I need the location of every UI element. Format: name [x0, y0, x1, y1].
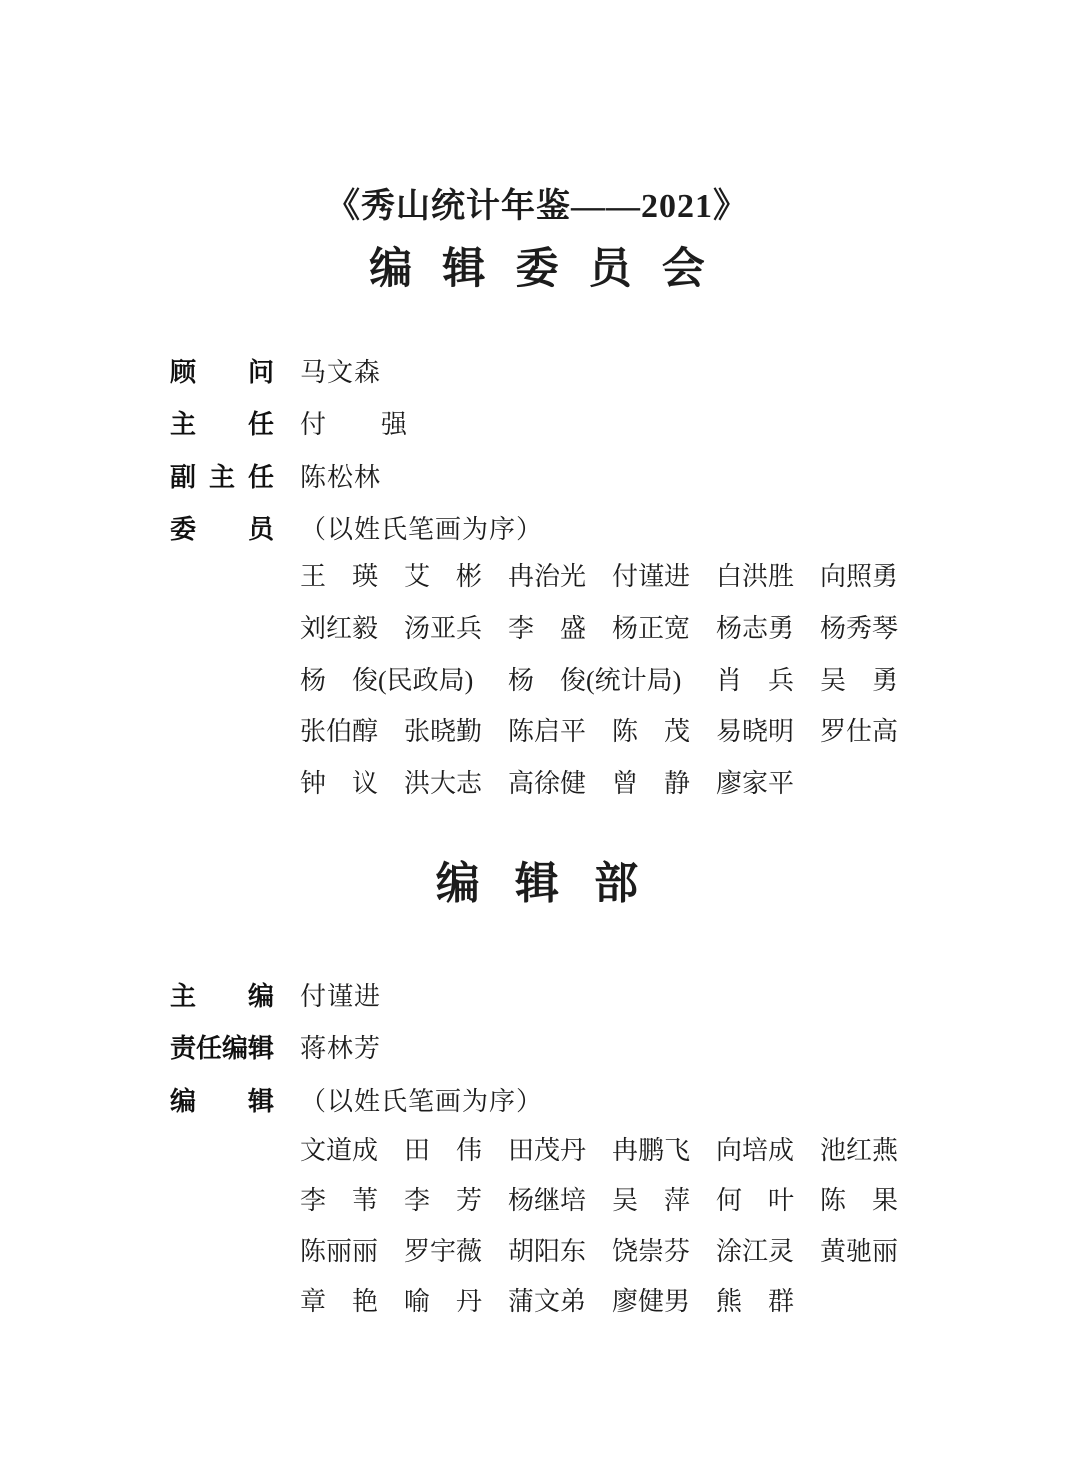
names-row: 章 艳喻 丹蒲文弟廖健男熊 群	[300, 1275, 898, 1326]
role-row: 编辑（以姓氏笔画为序）	[170, 1073, 543, 1126]
role-label-char: 顾	[170, 352, 196, 389]
role-row: 副主任陈松林	[170, 449, 543, 502]
role-label-char: 主	[209, 457, 235, 494]
role-label: 责任编辑	[170, 1028, 274, 1065]
member-name: 易晓明	[716, 711, 794, 748]
role-label-char: 编	[222, 1028, 248, 1065]
role-value: （以姓氏笔画为序）	[300, 1081, 543, 1118]
committee-members-grid: 王 瑛艾 彬冉治光付谨进白洪胜向照勇刘红毅汤亚兵李 盛杨正宽杨志勇杨秀琴杨 俊(…	[300, 549, 898, 807]
role-value: 蒋林芳	[300, 1028, 381, 1065]
names-row: 张伯醇张晓勤陈启平陈 茂易晓明罗仕高	[300, 704, 898, 756]
member-name: 冉治光	[508, 556, 586, 593]
member-name: 张伯醇	[300, 711, 378, 748]
member-name: 罗仕高	[820, 711, 898, 748]
member-name: 何 叶	[716, 1180, 794, 1217]
role-label-char: 问	[248, 352, 274, 389]
role-label-char: 辑	[248, 1081, 274, 1118]
page-title: 《秀山统计年鉴——2021》	[0, 186, 1074, 229]
member-name: 汤亚兵	[404, 608, 482, 645]
names-row: 杨 俊(民政局)杨 俊(统计局)肖 兵吴 勇	[300, 652, 898, 704]
names-row: 李 苇李 芳杨继培吴 萍何 叶陈 果	[300, 1174, 898, 1225]
role-label: 编辑	[170, 1081, 274, 1118]
member-name: 陈丽丽	[300, 1231, 378, 1268]
editorial-roles-list: 主编付谨进责任编辑蒋林芳编辑（以姓氏笔画为序）	[170, 968, 543, 1126]
role-value: （以姓氏笔画为序）	[300, 509, 543, 546]
names-row: 王 瑛艾 彬冉治光付谨进白洪胜向照勇	[300, 549, 898, 601]
role-value: 陈松林	[300, 457, 381, 494]
role-label: 主任	[170, 404, 274, 441]
role-row: 主任付 强	[170, 397, 543, 450]
role-label-char: 任	[196, 1028, 222, 1065]
member-name: 钟 议	[300, 763, 378, 800]
member-name: 张晓勤	[404, 711, 482, 748]
member-name: 白洪胜	[716, 556, 794, 593]
member-name: 涂江灵	[716, 1231, 794, 1268]
member-name: 熊 群	[716, 1281, 794, 1318]
member-name: 李 苇	[300, 1180, 378, 1217]
committee-roles-list: 顾问马文森主任付 强副主任陈松林委员（以姓氏笔画为序）	[170, 344, 543, 554]
member-name: 向培成	[716, 1130, 794, 1167]
role-label-char: 编	[248, 976, 274, 1013]
role-row: 顾问马文森	[170, 344, 543, 397]
member-name: 胡阳东	[508, 1231, 586, 1268]
member-name: 杨志勇	[716, 608, 794, 645]
member-name: 陈 茂	[612, 711, 690, 748]
member-name: 向照勇	[820, 556, 898, 593]
member-name: 洪大志	[404, 763, 482, 800]
member-name: 曾 静	[612, 763, 690, 800]
member-name: 李 盛	[508, 608, 586, 645]
member-name: 杨正宽	[612, 608, 690, 645]
role-label: 委员	[170, 509, 274, 546]
role-value: 马文森	[300, 352, 381, 389]
names-row: 陈丽丽罗宇薇胡阳东饶崇芬涂江灵黄驰丽	[300, 1224, 898, 1275]
editorial-members-grid: 文道成田 伟田茂丹冉鹏飞向培成池红燕李 苇李 芳杨继培吴 萍何 叶陈 果陈丽丽罗…	[300, 1123, 898, 1325]
member-name: 吴 勇	[820, 660, 898, 697]
editorial-dept-heading: 编辑部	[0, 856, 1074, 911]
names-row: 文道成田 伟田茂丹冉鹏飞向培成池红燕	[300, 1123, 898, 1174]
member-name: 肖 兵	[716, 660, 794, 697]
role-label-char: 主	[170, 976, 196, 1013]
member-name: 杨 俊(民政局)	[300, 660, 482, 697]
member-name: 李 芳	[404, 1180, 482, 1217]
member-name: 杨 俊(统计局)	[508, 660, 690, 697]
member-name: 田茂丹	[508, 1130, 586, 1167]
role-label: 副主任	[170, 457, 274, 494]
role-row: 主编付谨进	[170, 968, 543, 1021]
names-row: 刘红毅汤亚兵李 盛杨正宽杨志勇杨秀琴	[300, 601, 898, 653]
role-label: 顾问	[170, 352, 274, 389]
member-name: 杨秀琴	[820, 608, 898, 645]
yearbook-editorial-committee-page: 《秀山统计年鉴——2021》 编辑委员会 顾问马文森主任付 强副主任陈松林委员（…	[0, 0, 1074, 1458]
member-name: 廖健男	[612, 1281, 690, 1318]
role-label-char: 编	[170, 1081, 196, 1118]
member-name: 杨继培	[508, 1180, 586, 1217]
member-name: 文道成	[300, 1130, 378, 1167]
member-name: 陈启平	[508, 711, 586, 748]
role-row: 委员（以姓氏笔画为序）	[170, 502, 543, 555]
role-label-char: 辑	[248, 1028, 274, 1065]
role-label: 主编	[170, 976, 274, 1013]
member-name: 冉鹏飞	[612, 1130, 690, 1167]
member-name: 廖家平	[716, 763, 794, 800]
member-name: 付谨进	[612, 556, 690, 593]
member-name: 蒲文弟	[508, 1281, 586, 1318]
role-value: 付 强	[300, 404, 408, 441]
member-name: 王 瑛	[300, 556, 378, 593]
member-name: 陈 果	[820, 1180, 898, 1217]
role-label-char: 任	[248, 457, 274, 494]
member-name: 黄驰丽	[820, 1231, 898, 1268]
role-label-char: 任	[248, 404, 274, 441]
role-label-char: 委	[170, 509, 196, 546]
role-label-char: 员	[248, 509, 274, 546]
names-row: 钟 议洪大志高徐健曾 静廖家平	[300, 756, 898, 808]
role-value: 付谨进	[300, 976, 381, 1013]
member-name: 艾 彬	[404, 556, 482, 593]
member-name: 罗宇薇	[404, 1231, 482, 1268]
member-name: 高徐健	[508, 763, 586, 800]
member-name: 章 艳	[300, 1281, 378, 1318]
role-label-char: 责	[170, 1028, 196, 1065]
member-name: 池红燕	[820, 1130, 898, 1167]
member-name: 饶崇芬	[612, 1231, 690, 1268]
member-name: 刘红毅	[300, 608, 378, 645]
role-label-char: 副	[170, 457, 196, 494]
member-name: 吴 萍	[612, 1180, 690, 1217]
committee-heading: 编辑委员会	[0, 243, 1074, 297]
member-name: 喻 丹	[404, 1281, 482, 1318]
role-label-char: 主	[170, 404, 196, 441]
role-row: 责任编辑蒋林芳	[170, 1021, 543, 1074]
member-name: 田 伟	[404, 1130, 482, 1167]
